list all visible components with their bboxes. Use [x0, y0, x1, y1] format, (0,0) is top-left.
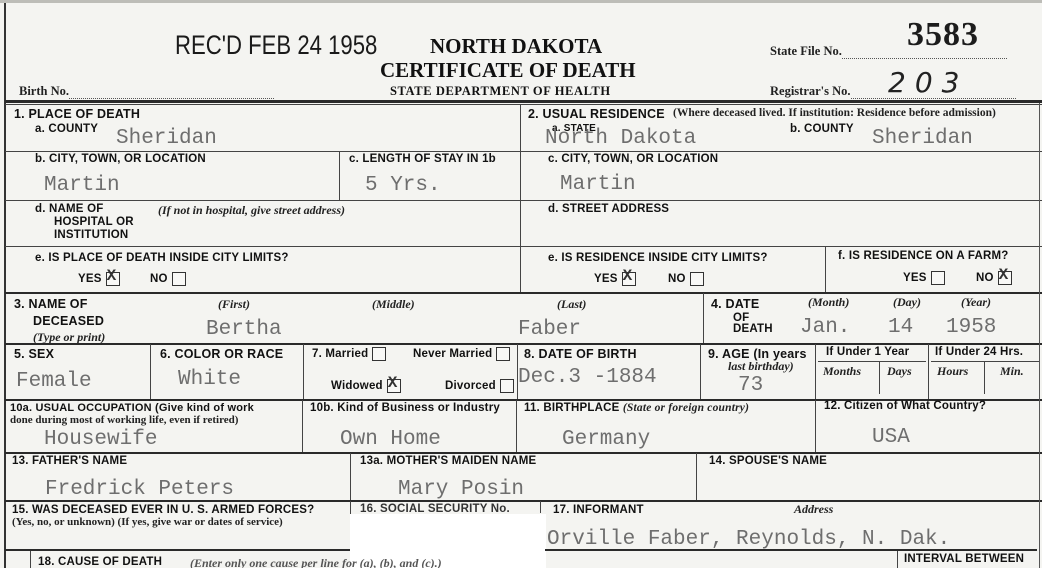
divider [303, 344, 304, 399]
res-city-limits-yes[interactable]: YES [594, 272, 636, 286]
page-left-border [4, 0, 6, 568]
occupation-value: Housewife [44, 428, 157, 451]
section-rule [5, 452, 1042, 454]
pod-county-label: a. COUNTY [35, 123, 98, 135]
res-city-limits-label: e. IS RESIDENCE INSIDE CITY LIMITS? [548, 252, 768, 264]
father-value: Fredrick Peters [45, 478, 234, 501]
business-value: Own Home [340, 428, 441, 451]
divider [815, 344, 816, 399]
divider [815, 400, 816, 452]
divider [350, 453, 351, 500]
scan-top-edge [0, 0, 1042, 3]
rule [5, 151, 520, 152]
section-rule [5, 343, 1042, 345]
birth-no-value [69, 86, 274, 99]
never-married-option[interactable]: Never Married [413, 347, 510, 361]
business-label: 10b. Kind of Business or Industry [310, 402, 500, 414]
form-top-rule-2 [5, 104, 1042, 105]
divider [703, 293, 704, 343]
section-rule [5, 500, 1042, 502]
res-farm-label: f. IS RESIDENCE ON A FARM? [838, 250, 1008, 262]
registrar-number: 203 [888, 66, 968, 99]
res-county-label: b. COUNTY [790, 123, 854, 135]
rule [5, 200, 520, 201]
yes-checkbox-checked[interactable] [622, 272, 636, 286]
first-name-label: (First) [218, 297, 250, 312]
page-right-border [1039, 103, 1040, 568]
sex-label: 5. SEX [14, 347, 54, 361]
divider [897, 551, 898, 568]
divider [302, 400, 303, 452]
received-stamp: REC'D FEB 24 1958 [175, 30, 377, 61]
yes-label: YES [78, 273, 102, 285]
divider [984, 362, 985, 394]
divider [150, 344, 151, 399]
state-file-label: State File No. [770, 44, 842, 58]
citizen-value: USA [872, 426, 910, 449]
never-married-label: Never Married [413, 348, 492, 360]
widowed-checkbox-checked[interactable] [387, 379, 401, 393]
informant-underline [545, 549, 1037, 551]
birth-no-label: Birth No. [19, 84, 69, 98]
yes-checkbox-checked[interactable] [106, 272, 120, 286]
never-married-checkbox[interactable] [496, 347, 510, 361]
divorced-label: Divorced [445, 380, 496, 392]
res-city-label: c. CITY, TOWN, OR LOCATION [548, 153, 718, 165]
rule [520, 200, 1042, 201]
days-label: Days [887, 364, 912, 379]
rule [5, 246, 520, 247]
day-label: (Day) [893, 295, 921, 310]
last-name-label: (Last) [557, 297, 586, 312]
sex-value: Female [16, 370, 92, 393]
dob-label: 8. DATE OF BIRTH [524, 347, 637, 361]
widowed-option[interactable]: Widowed [331, 379, 401, 393]
occupation-label-2: done during most of working life, even i… [10, 414, 238, 426]
divorced-checkbox[interactable] [500, 379, 514, 393]
dod-label-3: DEATH [733, 323, 773, 335]
pod-city-label: b. CITY, TOWN, OR LOCATION [35, 153, 206, 165]
hours-label: Hours [937, 364, 968, 379]
age-value: 73 [738, 374, 763, 397]
divider [700, 344, 701, 399]
divider [30, 551, 31, 568]
section-divider [520, 104, 521, 292]
address-label: Address [794, 502, 833, 517]
rule [931, 361, 1039, 362]
middle-name-label: (Middle) [372, 297, 415, 312]
registrar-label: Registrar's No. [770, 84, 851, 98]
no-checkbox-checked[interactable] [998, 271, 1012, 285]
pod-stay-value: 5 Yrs. [365, 174, 441, 197]
year-label: (Year) [961, 295, 991, 310]
armed-forces-label-1: 15. WAS DECEASED EVER IN U. S. ARMED FOR… [12, 504, 314, 516]
section-rule [5, 292, 1042, 294]
res-city-limits-no[interactable]: NO [668, 272, 704, 286]
interval-label: INTERVAL BETWEEN [904, 553, 1024, 565]
place-of-death-label: 1. PLACE OF DEATH [14, 107, 140, 121]
armed-forces-label-2: (Yes, no, or unknown) (If yes, give war … [12, 516, 283, 528]
birth-no-field: Birth No. [19, 84, 274, 99]
divider [540, 501, 541, 513]
form-top-rule [5, 100, 1042, 103]
informant-value: Orville Faber, Reynolds, N. Dak. [547, 528, 950, 551]
min-label: Min. [1000, 364, 1024, 379]
state-file-number: 3583 [907, 16, 979, 54]
month-label: (Month) [808, 295, 849, 310]
no-label: NO [976, 272, 994, 284]
informant-label: 17. INFORMANT [553, 504, 644, 516]
name-label-2: DECEASED [33, 314, 104, 328]
cause-label: 18. CAUSE OF DEATH [38, 556, 162, 568]
divider [879, 362, 880, 394]
under-1-year-label: If Under 1 Year [826, 346, 909, 358]
pod-hospital-label-3: INSTITUTION [54, 229, 128, 241]
state-heading: NORTH DAKOTA [430, 34, 602, 59]
first-name-value: Bertha [206, 318, 282, 341]
spouse-label: 14. SPOUSE'S NAME [709, 455, 827, 467]
months-label: Months [823, 364, 861, 379]
no-label: NO [150, 273, 168, 285]
married-option[interactable]: 7. Married [312, 347, 386, 361]
divider [516, 400, 517, 452]
widowed-label: Widowed [331, 380, 383, 392]
res-city-value: Martin [560, 173, 636, 196]
cause-note: (Enter only one cause per line for (a), … [190, 556, 442, 568]
father-label: 13. FATHER'S NAME [12, 455, 127, 467]
divider [339, 151, 340, 200]
pod-county-value: Sheridan [116, 127, 217, 150]
pod-city-limits-yes[interactable]: YES [78, 272, 120, 286]
mother-label: 13a. MOTHER'S MAIDEN NAME [360, 455, 536, 467]
no-checkbox[interactable] [690, 272, 704, 286]
yes-checkbox[interactable] [931, 271, 945, 285]
divorced-option[interactable]: Divorced [445, 379, 514, 393]
rule [520, 246, 1042, 247]
dod-label-1: 4. DATE [711, 297, 759, 311]
res-farm-yes[interactable]: YES [903, 271, 945, 285]
yes-label: YES [903, 272, 927, 284]
divider [696, 453, 697, 500]
last-name-value: Faber [518, 318, 581, 341]
pod-stay-label: c. LENGTH OF STAY IN 1b [349, 153, 496, 165]
department-heading: STATE DEPARTMENT OF HEALTH [390, 84, 611, 99]
age-label-2: last birthday) [728, 359, 794, 374]
name-label-1: 3. NAME OF [14, 297, 88, 311]
divider [825, 246, 826, 292]
divider [928, 344, 929, 399]
certificate-title: CERTIFICATE OF DEATH [380, 58, 636, 83]
mother-value: Mary Posin [398, 478, 524, 501]
death-month-value: Jan. [800, 316, 850, 339]
pod-city-limits-no[interactable]: NO [150, 272, 186, 286]
rule [520, 151, 1042, 152]
usual-residence-label: 2. USUAL RESIDENCE [528, 107, 665, 121]
death-year-value: 1958 [946, 316, 996, 339]
pod-hospital-label-2: HOSPITAL OR [54, 216, 134, 228]
birthplace-label: 11. BIRTHPLACE (State or foreign country… [524, 402, 749, 414]
section-rule [5, 549, 350, 551]
res-street-label: d. STREET ADDRESS [548, 203, 669, 215]
birthplace-value: Germany [562, 428, 650, 451]
rule [818, 361, 926, 362]
res-farm-no[interactable]: NO [976, 271, 1012, 285]
res-state-value: North Dakota [545, 127, 696, 150]
occupation-label-1: 10a. USUAL OCCUPATION (Give kind of work [10, 402, 254, 414]
dob-value: Dec.3 -1884 [518, 366, 657, 389]
citizen-label: 12. Citizen of What Country? [824, 400, 986, 412]
race-value: White [178, 368, 241, 391]
under-24-hrs-label: If Under 24 Hrs. [935, 346, 1023, 358]
no-checkbox[interactable] [172, 272, 186, 286]
married-label: 7. Married [312, 348, 368, 360]
pod-hospital-label-1: d. NAME OF [35, 203, 103, 215]
res-county-value: Sheridan [872, 127, 973, 150]
pod-city-limits-label: e. IS PLACE OF DEATH INSIDE CITY LIMITS? [35, 252, 289, 264]
usual-residence-note: (Where deceased lived. If institution: R… [673, 107, 996, 119]
no-label: NO [668, 273, 686, 285]
married-checkbox[interactable] [372, 347, 386, 361]
pod-city-value: Martin [44, 174, 120, 197]
race-label: 6. COLOR OR RACE [160, 347, 283, 361]
death-day-value: 14 [888, 316, 913, 339]
yes-label: YES [594, 273, 618, 285]
pod-hospital-note: (If not in hospital, give street address… [158, 203, 345, 218]
